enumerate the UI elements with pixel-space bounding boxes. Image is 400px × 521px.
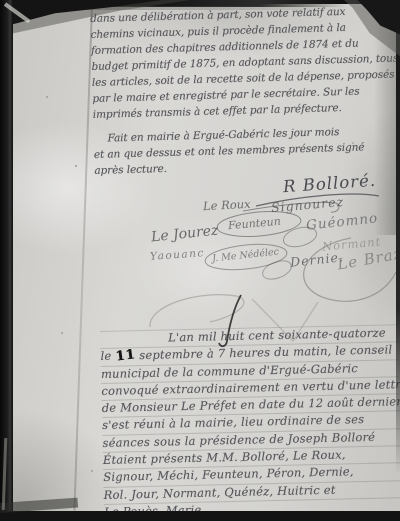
manuscript-photo: dans une délibération à part, son vote r…: [0, 0, 400, 521]
photo-bottom-edge: [0, 511, 400, 521]
page-right-edge: [396, 0, 400, 475]
line-text: le: [100, 349, 115, 363]
signature-leroux: Le Roux: [203, 197, 251, 213]
session-opening-paragraph: L'an mil huit cent soixante-quatorze le …: [100, 324, 400, 521]
deliberation-paragraph: dans une délibération à part, son vote r…: [90, 4, 400, 181]
corrected-date-number: 11: [114, 348, 136, 365]
